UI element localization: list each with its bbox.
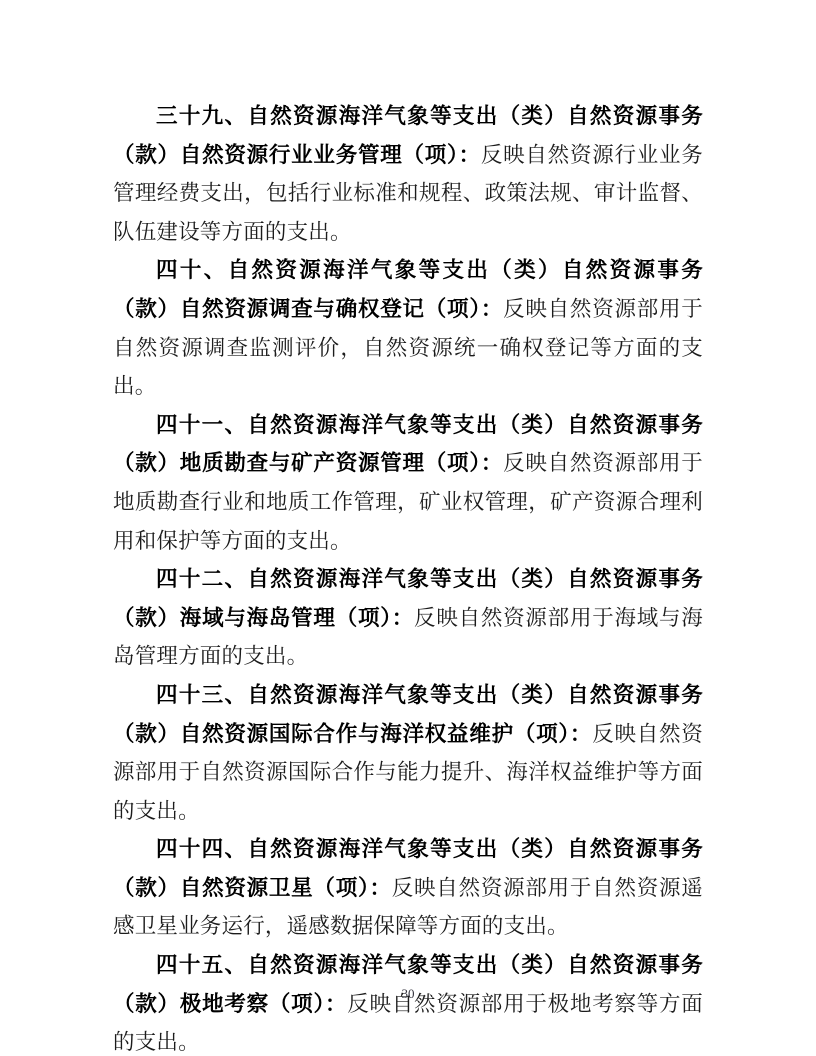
document-page: 三十九、自然资源海洋气象等支出（类）自然资源事务（款）自然资源行业业务管理（项）… [0,0,816,1056]
budget-item-paragraph: 四十、自然资源海洋气象等支出（类）自然资源事务（款）自然资源调查与确权登记（项）… [113,251,703,405]
page-number: 30 [402,986,415,1001]
page-footer: 30 [0,986,816,1002]
budget-item-paragraph: 四十二、自然资源海洋气象等支出（类）自然资源事务（款）海域与海岛管理（项）：反映… [113,560,703,676]
budget-item-paragraph: 三十九、自然资源海洋气象等支出（类）自然资源事务（款）自然资源行业业务管理（项）… [113,97,703,251]
budget-item-paragraph: 四十三、自然资源海洋气象等支出（类）自然资源事务（款）自然资源国际合作与海洋权益… [113,676,703,830]
budget-item-paragraph: 四十一、自然资源海洋气象等支出（类）自然资源事务（款）地质勘查与矿产资源管理（项… [113,406,703,560]
budget-item-paragraph: 四十四、自然资源海洋气象等支出（类）自然资源事务（款）自然资源卫星（项）：反映自… [113,830,703,946]
document-body: 三十九、自然资源海洋气象等支出（类）自然资源事务（款）自然资源行业业务管理（项）… [113,97,703,1056]
